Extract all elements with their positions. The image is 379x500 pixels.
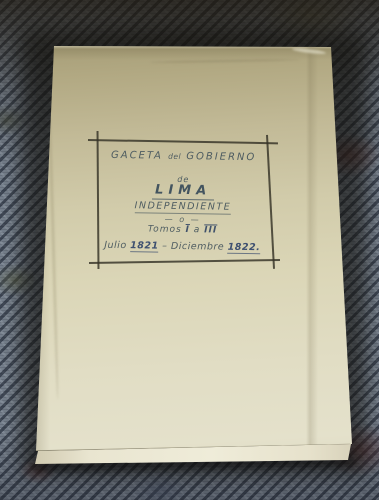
tomos-label: Tomos [148,224,182,235]
cover-spine-crease [48,100,59,400]
photo: GACETA del GOBIERNO de LIMA INDEPENDIENT… [0,0,379,500]
title-line-gaceta: GACETA del GOBIERNO [99,150,269,164]
tomos-conj: a [194,225,201,235]
date-year-from: 1821 [130,240,159,252]
cover-crease-highlight [292,47,326,55]
date-month-to: Diciembre [171,241,224,253]
date-year-to: 1822. [228,242,261,255]
word-independiente: INDEPENDIENTE [134,200,231,215]
word-gaceta: GACETA [111,150,163,162]
word-gobierno: GOBIERNO [186,151,256,163]
title-line-lima: LIMA [98,182,268,200]
word-lima: LIMA [152,183,214,201]
book: GACETA del GOBIERNO de LIMA INDEPENDIENT… [30,40,360,470]
tomos-from: I [185,225,190,235]
title-line-independiente: INDEPENDIENTE [98,200,268,214]
date-month-from: Julio [104,240,127,251]
cover-crease-shadow [150,59,300,64]
word-del: del [168,152,181,161]
date-line: Julio 1821 – Diciembre 1822. [97,240,267,254]
tomos-line: Tomos I a III [97,224,267,237]
cover-title-block: GACETA del GOBIERNO de LIMA INDEPENDIENT… [97,137,269,264]
date-separator: – [162,241,167,252]
book-cover: GACETA del GOBIERNO de LIMA INDEPENDIENT… [30,40,360,470]
tomos-to: III [204,225,217,235]
